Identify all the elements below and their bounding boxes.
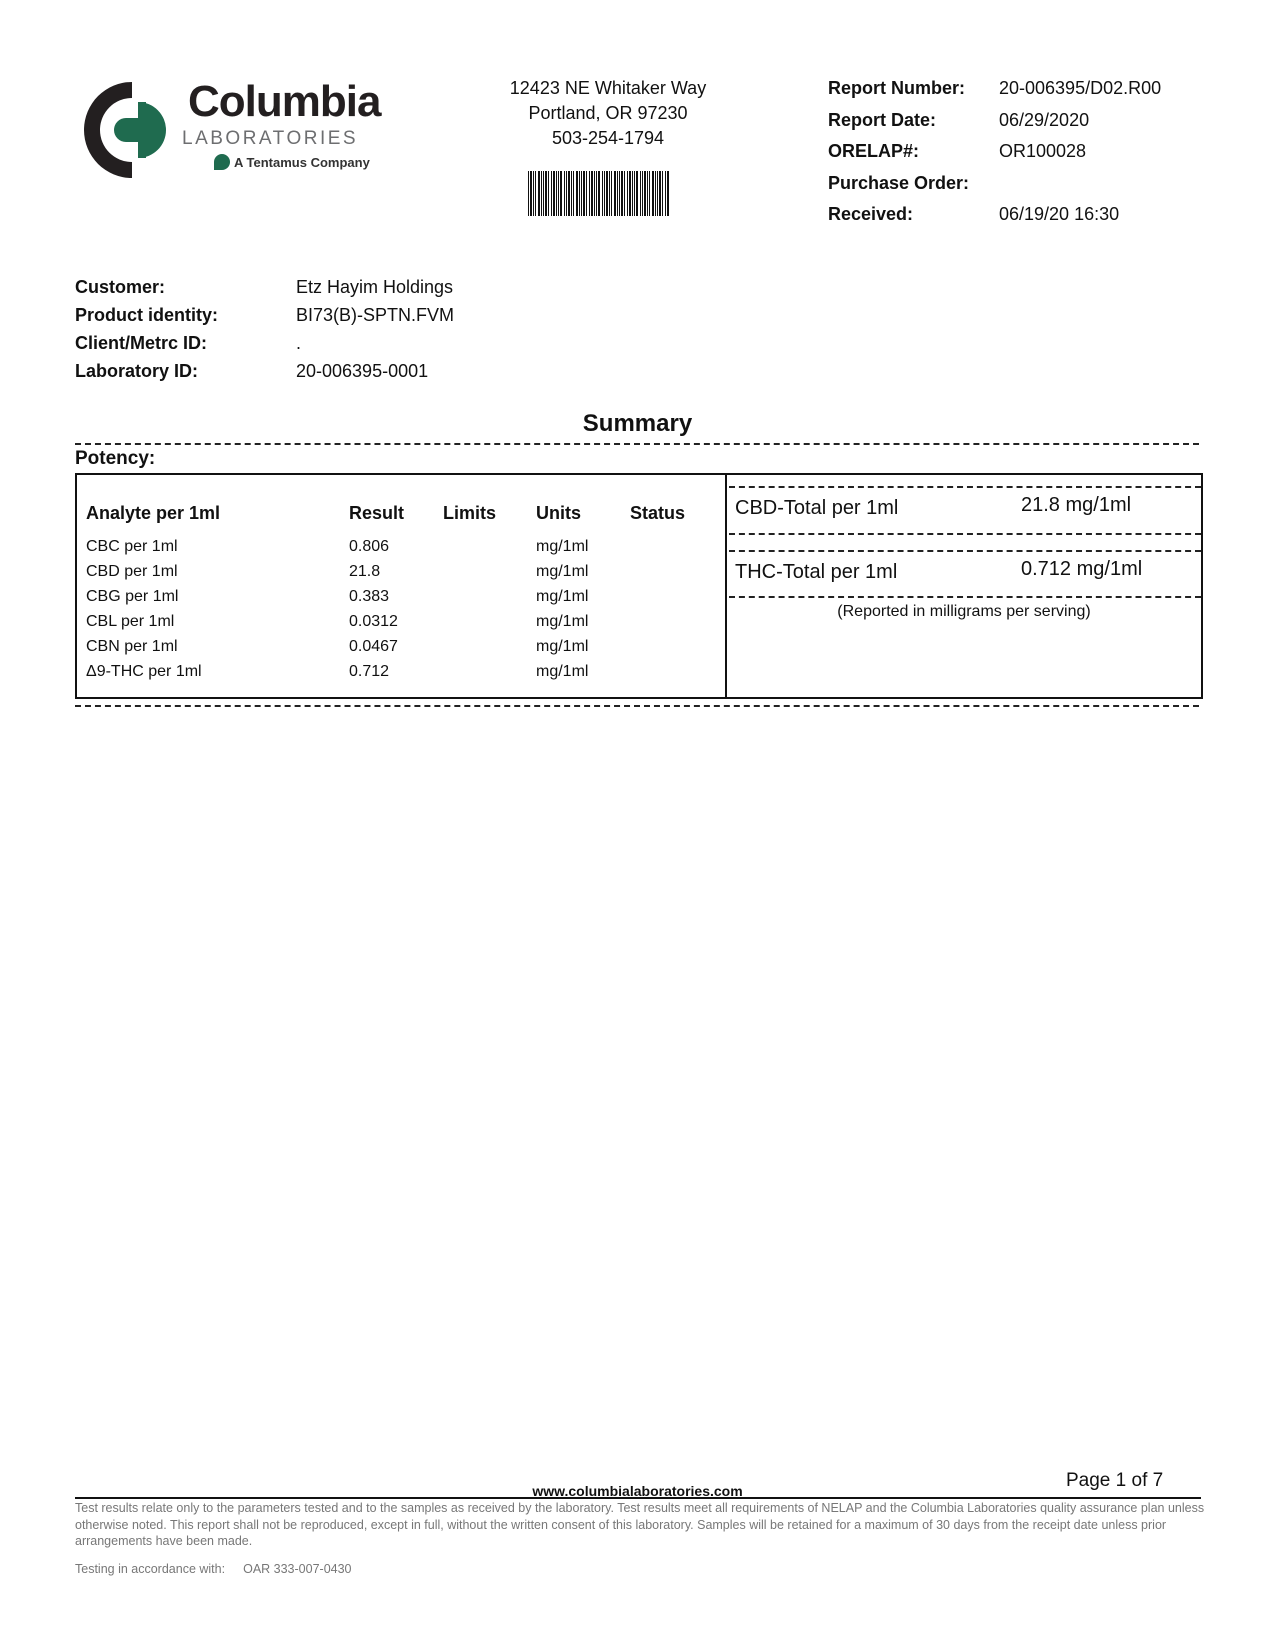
cell-analyte: CBN per 1ml [86,637,178,657]
lab-address: 12423 NE Whitaker Way Portland, OR 97230… [480,76,736,151]
info-label: Received: [828,202,913,226]
dashed-divider [729,533,1201,535]
tentamus-leaf-icon [214,154,230,170]
cell-units: mg/1ml [536,562,588,582]
cell-analyte: CBC per 1ml [86,537,178,557]
logo-sub-text: LABORATORIES [182,128,358,150]
cell-analyte: Δ9-THC per 1ml [86,662,202,682]
dashed-divider [729,550,1201,552]
dashed-divider [75,705,1199,707]
customer-info: Customer:Etz Hayim Holdings Product iden… [75,276,675,388]
address-line-1: 12423 NE Whitaker Way [480,76,736,101]
column-header-result: Result [349,503,404,524]
cell-analyte: CBD per 1ml [86,562,178,582]
thc-total-value: 0.712 mg/1ml [1021,558,1142,581]
customer-value: BI73(B)-SPTN.FVM [296,304,454,326]
customer-label: Customer: [75,276,165,298]
cell-result: 21.8 [349,562,380,582]
testing-standard: OAR 333-007-0430 [243,1562,351,1576]
info-value: 06/29/2020 [999,108,1089,132]
info-value: OR100028 [999,139,1086,163]
info-label: Purchase Order: [828,171,969,195]
cell-units: mg/1ml [536,662,588,682]
footer-disclaimer: Test results relate only to the paramete… [75,1500,1215,1550]
customer-label: Client/Metrc ID: [75,332,207,354]
cell-result: 0.0467 [349,637,398,657]
table-row: CBD per 1ml21.8mg/1ml [77,562,717,587]
cell-result: 0.806 [349,537,389,557]
summary-title: Summary [0,410,1275,438]
customer-value: . [296,332,301,354]
product-identity-row: Product identity:BI73(B)-SPTN.FVM [75,304,675,332]
potency-label: Potency: [75,448,155,470]
cell-result: 0.0312 [349,612,398,632]
logo-tagline-text: A Tentamus Company [234,155,370,170]
customer-label: Laboratory ID: [75,360,198,382]
orelap-row: ORELAP#:OR100028 [828,139,1248,171]
customer-label: Product identity: [75,304,218,326]
info-label: ORELAP#: [828,139,919,163]
info-value: 20-006395/D02.R00 [999,76,1161,100]
info-value: 06/19/20 16:30 [999,202,1119,226]
customer-row: Customer:Etz Hayim Holdings [75,276,675,304]
barcode-icon [528,171,670,216]
table-row: CBL per 1ml0.0312mg/1ml [77,612,717,637]
received-row: Received:06/19/20 16:30 [828,202,1248,234]
dashed-divider [75,443,1199,445]
dashed-divider [729,486,1201,488]
footer-rule [75,1497,1201,1499]
cell-units: mg/1ml [536,612,588,632]
cell-units: mg/1ml [536,587,588,607]
column-header-status: Status [630,503,685,524]
address-phone: 503-254-1794 [480,126,736,151]
logo-brand-text: Columbia [188,78,380,126]
reported-note: (Reported in milligrams per serving) [727,603,1201,621]
cell-units: mg/1ml [536,637,588,657]
purchase-order-row: Purchase Order: [828,171,1248,203]
dashed-divider [729,596,1201,598]
report-info: Report Number:20-006395/D02.R00 Report D… [828,76,1248,234]
testing-label: Testing in accordance with: [75,1562,225,1576]
cell-analyte: CBL per 1ml [86,612,174,632]
table-row: CBG per 1ml0.383mg/1ml [77,587,717,612]
testing-accordance: Testing in accordance with:OAR 333-007-0… [75,1562,352,1576]
cbd-total-value: 21.8 mg/1ml [1021,494,1131,517]
cell-result: 0.712 [349,662,389,682]
table-row: Δ9-THC per 1ml0.712mg/1ml [77,662,717,687]
client-metrc-id-row: Client/Metrc ID:. [75,332,675,360]
cell-analyte: CBG per 1ml [86,587,178,607]
cbd-total-label: CBD-Total per 1ml [735,497,898,520]
column-header-units: Units [536,503,581,524]
columbia-c-logo-icon [78,76,186,184]
table-row: CBC per 1ml0.806mg/1ml [77,537,717,562]
table-divider [725,475,727,697]
info-label: Report Date: [828,108,936,132]
report-number-row: Report Number:20-006395/D02.R00 [828,76,1248,108]
customer-value: 20-006395-0001 [296,360,428,382]
logo-tagline: A Tentamus Company [214,154,370,172]
address-line-2: Portland, OR 97230 [480,101,736,126]
cell-units: mg/1ml [536,537,588,557]
column-header-limits: Limits [443,503,496,524]
thc-total-label: THC-Total per 1ml [735,561,897,584]
table-row: CBN per 1ml0.0467mg/1ml [77,637,717,662]
report-date-row: Report Date:06/29/2020 [828,108,1248,140]
company-logo: Columbia LABORATORIES A Tentamus Company [78,74,398,186]
cell-result: 0.383 [349,587,389,607]
laboratory-id-row: Laboratory ID:20-006395-0001 [75,360,675,388]
column-header-analyte: Analyte per 1ml [86,503,220,524]
potency-table: Analyte per 1ml Result Limits Units Stat… [75,473,1203,699]
customer-value: Etz Hayim Holdings [296,276,453,298]
info-label: Report Number: [828,76,965,100]
